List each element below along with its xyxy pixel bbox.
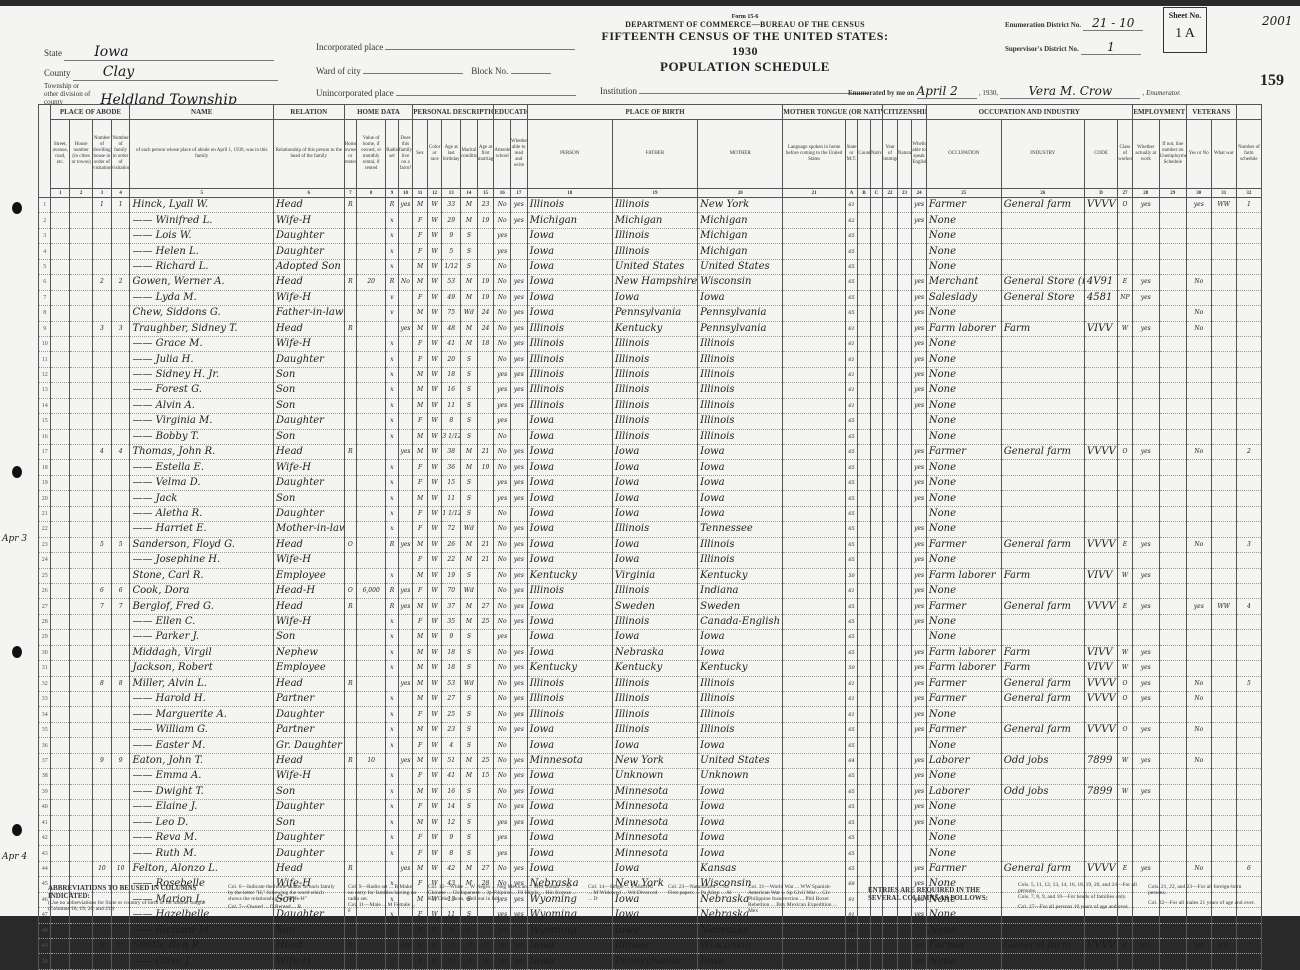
read-write: yes: [511, 213, 528, 228]
farm-schedule-number: [1236, 784, 1261, 799]
empty-cell: [70, 445, 93, 460]
birthplace-code: 61: [845, 352, 857, 367]
lives-on-farm: yes: [398, 321, 413, 336]
occupation-code: [1084, 352, 1117, 367]
empty-cell: [70, 306, 93, 321]
birthplace-mother: Iowa: [698, 290, 783, 305]
read-write: yes: [511, 707, 528, 722]
lives-on-farm: [398, 213, 413, 228]
veteran: yes: [1186, 198, 1211, 213]
farm-schedule-number: [1236, 815, 1261, 830]
birthplace-person: Iowa: [527, 800, 612, 815]
farm-schedule-number: [1236, 491, 1261, 506]
empty-cell: [51, 568, 70, 583]
person-name: —— Lyda M.: [130, 290, 273, 305]
empty-cell: [783, 336, 845, 351]
attended-school: No: [494, 506, 511, 521]
home-value: [357, 846, 386, 861]
age: 53: [442, 275, 461, 290]
war: [1211, 383, 1236, 398]
home-owned-rented: [344, 336, 356, 351]
at-work: yes: [1132, 321, 1159, 336]
read-write: yes: [511, 753, 528, 768]
table-row: 8Chew, Siddons G.Father-in-lawvMW75Wd24N…: [39, 306, 1262, 321]
birthplace-mother: Iowa: [698, 460, 783, 475]
column-header: What war: [1211, 120, 1236, 189]
empty-cell: [51, 722, 70, 737]
birthplace-person: Iowa: [527, 414, 612, 429]
age-first-marriage: [477, 352, 494, 367]
empty-cell: [883, 306, 898, 321]
empty-cell: [1159, 475, 1186, 490]
lives-on-farm: yes: [398, 198, 413, 213]
relationship: Son: [273, 398, 344, 413]
empty-cell: [1159, 846, 1186, 861]
empty-cell: [870, 213, 883, 228]
industry: [1001, 429, 1084, 444]
lives-on-farm: yes: [398, 537, 413, 552]
column-number: 8: [357, 189, 386, 198]
birthplace-code: 61: [845, 692, 857, 707]
home-owned-rented: R: [344, 753, 356, 768]
farm-schedule-number: [1236, 707, 1261, 722]
veteran: No: [1186, 275, 1211, 290]
class-of-worker: [1118, 429, 1133, 444]
footer-col14: Col. 14—Single ... S Married ... M Widow…: [588, 884, 658, 902]
lives-on-farm: [398, 707, 413, 722]
relationship: Daughter: [273, 352, 344, 367]
occupation-code: [1084, 383, 1117, 398]
table-row: 441010Felton, Alonzo L.HeadRyesMW42M27No…: [39, 861, 1262, 876]
speaks-english: yes: [912, 367, 927, 382]
radio-set: x: [386, 367, 398, 382]
supervisor-district-value: 1: [1081, 40, 1141, 55]
war: [1211, 259, 1236, 274]
dwelling-number: 4: [93, 445, 112, 460]
column-header: Age at last birthday: [442, 120, 461, 189]
relationship: Daughter: [273, 475, 344, 490]
empty-cell: [1159, 336, 1186, 351]
column-header: Home owned or rented: [344, 120, 356, 189]
speaks-english: yes: [912, 336, 927, 351]
occupation: None: [926, 815, 1001, 830]
empty-cell: [783, 599, 845, 614]
attended-school: No: [494, 707, 511, 722]
lives-on-farm: [398, 352, 413, 367]
empty-cell: [783, 630, 845, 645]
empty-cell: [70, 784, 93, 799]
speaks-english: [912, 414, 927, 429]
empty-cell: [870, 537, 883, 552]
age-first-marriage: 19: [477, 275, 494, 290]
line-number: 21: [39, 506, 51, 521]
relationship: Head: [273, 861, 344, 876]
empty-cell: [1159, 321, 1186, 336]
sex: F: [413, 475, 428, 490]
person-name: —— Josephine H.: [130, 553, 273, 568]
speaks-english: yes: [912, 583, 927, 598]
attended-school: No: [494, 198, 511, 213]
empty-cell: [897, 336, 912, 351]
industry: [1001, 506, 1084, 521]
birthplace-father: Kentucky: [612, 661, 697, 676]
empty-cell: [70, 429, 93, 444]
sex: F: [413, 290, 428, 305]
empty-cell: [897, 429, 912, 444]
sex: M: [413, 815, 428, 830]
speaks-english: yes: [912, 676, 927, 691]
birthplace-father: Sweden: [612, 599, 697, 614]
relationship: Head: [273, 198, 344, 213]
column-number: D: [1084, 189, 1117, 198]
empty-cell: [870, 753, 883, 768]
empty-cell: [70, 414, 93, 429]
war: [1211, 830, 1236, 845]
class-of-worker: [1118, 506, 1133, 521]
age: 26: [442, 537, 461, 552]
abbreviations-title: ABBREVIATIONS TO BE USED IN COLUMNS INDI…: [48, 884, 218, 900]
line-number: 12: [39, 367, 51, 382]
entries-5: Col. 32—For all males 21 years of age an…: [1148, 900, 1258, 906]
column-header: Number of family in order of visitation: [111, 120, 130, 189]
dwelling-number: [93, 383, 112, 398]
margin-note: Apr 3: [2, 534, 27, 544]
birthplace-person: Iowa: [527, 290, 612, 305]
home-value: [357, 491, 386, 506]
marital-condition: M: [461, 614, 478, 629]
footer-col12: Col. 12—White ... W Negro ... Neg Mexica…: [428, 884, 578, 902]
marital-condition: M: [461, 336, 478, 351]
color-race: W: [427, 692, 442, 707]
table-row: 4—— Helen L.DaughterxFW5SyesIowaIllinois…: [39, 244, 1262, 259]
relationship: Wife-H: [273, 213, 344, 228]
empty-cell: [870, 460, 883, 475]
column-number: 13: [442, 189, 461, 198]
age: 53: [442, 676, 461, 691]
dwelling-number: [93, 352, 112, 367]
farm-schedule-number: [1236, 522, 1261, 537]
at-work: yes: [1132, 599, 1159, 614]
empty-cell: [897, 290, 912, 305]
empty-cell: [51, 398, 70, 413]
at-work: yes: [1132, 275, 1159, 290]
empty-cell: [70, 599, 93, 614]
class-of-worker: O: [1118, 445, 1133, 460]
column-header: If not, line number on Unemployment Sche…: [1159, 120, 1186, 189]
empty-cell: [858, 537, 870, 552]
color-race: W: [427, 275, 442, 290]
radio-set: v: [386, 306, 398, 321]
census-sheet: 2001 State Iowa County Clay Township or …: [0, 6, 1300, 916]
home-owned-rented: [344, 846, 356, 861]
occupation-code: [1084, 846, 1117, 861]
home-owned-rented: O: [344, 583, 356, 598]
empty-cell: [1159, 630, 1186, 645]
empty-cell: [883, 738, 898, 753]
column-number: 29: [1159, 189, 1186, 198]
age: 41: [442, 769, 461, 784]
family-number: [111, 506, 130, 521]
empty-cell: [897, 244, 912, 259]
empty-cell: [870, 707, 883, 722]
empty-cell: [870, 259, 883, 274]
veteran: [1186, 630, 1211, 645]
birthplace-person: Minnesota: [527, 753, 612, 768]
marital-condition: M: [461, 537, 478, 552]
sex: M: [413, 630, 428, 645]
block-label: Block No.: [471, 66, 508, 76]
relationship: Adopted Son: [273, 259, 344, 274]
occupation: None: [926, 429, 1001, 444]
person-name: Hinck, Lyall W.: [130, 198, 273, 213]
industry: Odd jobs: [1001, 784, 1084, 799]
war: [1211, 275, 1236, 290]
attended-school: yes: [494, 367, 511, 382]
home-value: [357, 259, 386, 274]
home-owned-rented: [344, 352, 356, 367]
attended-school: No: [494, 599, 511, 614]
veteran: [1186, 661, 1211, 676]
table-row: 1744Thomas, John R.HeadRyesMW38M21NoyesI…: [39, 445, 1262, 460]
home-value: [357, 738, 386, 753]
enumeration-district-field: Enumeration District No. 21 - 10: [1005, 16, 1143, 31]
dwelling-number: [93, 414, 112, 429]
dwelling-number: [93, 692, 112, 707]
home-owned-rented: [344, 553, 356, 568]
radio-set: x: [386, 398, 398, 413]
dwelling-number: 6: [93, 583, 112, 598]
empty-cell: [858, 460, 870, 475]
column-number: 9: [386, 189, 398, 198]
empty-cell: [1159, 692, 1186, 707]
table-row: 13—— Forest G.SonxMW16SyesyesIllinoisIll…: [39, 383, 1262, 398]
empty-cell: [70, 800, 93, 815]
ward-value: [363, 73, 463, 74]
sex: M: [413, 198, 428, 213]
empty-cell: [897, 645, 912, 660]
footer-col11: Col. 11—Male ... M Female ... F: [348, 902, 418, 914]
column-group-header: EDUCATION: [494, 105, 527, 120]
home-owned-rented: [344, 661, 356, 676]
radio-set: x: [386, 383, 398, 398]
occupation: Farmer: [926, 198, 1001, 213]
age: 15: [442, 475, 461, 490]
color-race: W: [427, 336, 442, 351]
war: [1211, 445, 1236, 460]
column-header: Street, avenue, road, etc.: [51, 120, 70, 189]
enumerator-name: Vera M. Crow: [1000, 84, 1140, 99]
empty-cell: [1159, 537, 1186, 552]
empty-cell: [897, 800, 912, 815]
empty-cell: [1159, 830, 1186, 845]
home-value: [357, 661, 386, 676]
empty-cell: [783, 398, 845, 413]
dwelling-number: [93, 491, 112, 506]
empty-cell: [858, 784, 870, 799]
empty-cell: [783, 383, 845, 398]
age-first-marriage: [477, 429, 494, 444]
empty-cell: [870, 321, 883, 336]
age: 9: [442, 228, 461, 243]
speaks-english: yes: [912, 522, 927, 537]
lives-on-farm: [398, 815, 413, 830]
empty-cell: [1159, 784, 1186, 799]
speaks-english: yes: [912, 800, 927, 815]
empty-cell: [870, 784, 883, 799]
empty-cell: [858, 275, 870, 290]
occupation: None: [926, 738, 1001, 753]
line-number: 6: [39, 275, 51, 290]
marital-condition: M: [461, 321, 478, 336]
birthplace-person: Illinois: [527, 707, 612, 722]
relationship: Daughter: [273, 846, 344, 861]
empty-cell: [783, 738, 845, 753]
dwelling-number: [93, 429, 112, 444]
read-write: yes: [511, 367, 528, 382]
age-first-marriage: [477, 676, 494, 691]
birthplace-code: 65: [845, 614, 857, 629]
empty-cell: [1159, 429, 1186, 444]
enumerated-year: , 1930,: [979, 89, 998, 97]
veteran: [1186, 738, 1211, 753]
column-number: 12: [427, 189, 442, 198]
age: 11: [442, 491, 461, 506]
empty-cell: [870, 228, 883, 243]
farm-schedule-number: [1236, 383, 1261, 398]
lives-on-farm: [398, 800, 413, 815]
age: 9: [442, 830, 461, 845]
family-number: 5: [111, 537, 130, 552]
veteran: No: [1186, 445, 1211, 460]
class-of-worker: W: [1118, 784, 1133, 799]
radio-set: x: [386, 244, 398, 259]
empty-cell: [897, 522, 912, 537]
home-value: [357, 445, 386, 460]
lives-on-farm: [398, 661, 413, 676]
lives-on-farm: [398, 722, 413, 737]
war: [1211, 738, 1236, 753]
empty-cell: [783, 583, 845, 598]
color-race: W: [427, 460, 442, 475]
empty-cell: [897, 460, 912, 475]
farm-schedule-number: [1236, 429, 1261, 444]
empty-cell: [897, 213, 912, 228]
birthplace-father: Illinois: [612, 692, 697, 707]
empty-cell: [870, 676, 883, 691]
home-owned-rented: R: [344, 445, 356, 460]
birthplace-code: 65: [845, 429, 857, 444]
empty-cell: [870, 769, 883, 784]
empty-cell: [883, 553, 898, 568]
radio-set: R: [386, 275, 398, 290]
empty-cell: [883, 290, 898, 305]
speaks-english: yes: [912, 861, 927, 876]
empty-cell: [1159, 213, 1186, 228]
birthplace-person: Illinois: [527, 367, 612, 382]
marital-condition: S: [461, 630, 478, 645]
empty-cell: [51, 738, 70, 753]
empty-cell: [51, 306, 70, 321]
empty-cell: [51, 506, 70, 521]
dwelling-number: [93, 830, 112, 845]
veteran: [1186, 398, 1211, 413]
empty-cell: [51, 630, 70, 645]
empty-cell: [870, 614, 883, 629]
empty-cell: [51, 213, 70, 228]
person-name: —— Jack: [130, 491, 273, 506]
home-owned-rented: [344, 784, 356, 799]
empty-cell: [883, 861, 898, 876]
color-race: W: [427, 815, 442, 830]
table-row: 21—— Aletha R.DaughterxFW1 1/12SNoIowaIo…: [39, 506, 1262, 521]
sex: F: [413, 830, 428, 845]
relationship: Wife-H: [273, 336, 344, 351]
empty-cell: [858, 676, 870, 691]
column-header: Yes or No: [1186, 120, 1211, 189]
table-row: 33—— Harold H.PartnerxMW27SNoyesIllinois…: [39, 692, 1262, 707]
color-race: W: [427, 738, 442, 753]
farm-schedule-number: [1236, 722, 1261, 737]
home-owned-rented: [344, 460, 356, 475]
marital-condition: S: [461, 738, 478, 753]
empty-cell: [870, 275, 883, 290]
person-name: —— Aletha R.: [130, 506, 273, 521]
at-work: [1132, 336, 1159, 351]
empty-cell: [883, 213, 898, 228]
at-work: [1132, 815, 1159, 830]
age: 51: [442, 753, 461, 768]
column-number: 10: [398, 189, 413, 198]
home-owned-rented: R: [344, 861, 356, 876]
table-row: 34—— Marguerite A.DaughterxFW25SNoyesIll…: [39, 707, 1262, 722]
entries-title: ENTRIES ARE REQUIRED IN THE SEVERAL COLU…: [868, 886, 1008, 902]
home-value: [357, 414, 386, 429]
empty-cell: [783, 414, 845, 429]
birthplace-mother: Kansas: [698, 861, 783, 876]
lives-on-farm: [398, 259, 413, 274]
empty-cell: [883, 367, 898, 382]
relationship: Son: [273, 491, 344, 506]
birthplace-person: Iowa: [527, 259, 612, 274]
marital-condition: S: [461, 707, 478, 722]
birthplace-father: Iowa: [612, 290, 697, 305]
birthplace-father: Minnesota: [612, 846, 697, 861]
enumeration-district-label: Enumeration District No.: [1005, 21, 1081, 29]
farm-schedule-number: [1236, 213, 1261, 228]
empty-cell: [897, 352, 912, 367]
age-first-marriage: 19: [477, 213, 494, 228]
column-header: Naturalization: [897, 120, 912, 189]
empty-cell: [51, 460, 70, 475]
birthplace-person: Iowa: [527, 244, 612, 259]
sex: F: [413, 522, 428, 537]
person-name: —— Velma D.: [130, 475, 273, 490]
empty-cell: [1159, 244, 1186, 259]
column-number: 14: [461, 189, 478, 198]
sex: F: [413, 800, 428, 815]
table-row: 15—— Virginia M.DaughterxFW8SyesIowaIlli…: [39, 414, 1262, 429]
occupation-code: [1084, 491, 1117, 506]
table-row: 622Gowen, Werner A.HeadR20RNoMW53M19Noye…: [39, 275, 1262, 290]
empty-cell: [897, 321, 912, 336]
home-owned-rented: [344, 506, 356, 521]
dwelling-number: [93, 846, 112, 861]
table-row: 41—— Leo D.SonxMW12SyesyesIowaMinnesotaI…: [39, 815, 1262, 830]
column-header: OCCUPATION: [926, 120, 1001, 189]
read-write: yes: [511, 290, 528, 305]
empty-cell: [883, 429, 898, 444]
table-row: 31Jackson, RobertEmployeexMW18SNoyesKent…: [39, 661, 1262, 676]
